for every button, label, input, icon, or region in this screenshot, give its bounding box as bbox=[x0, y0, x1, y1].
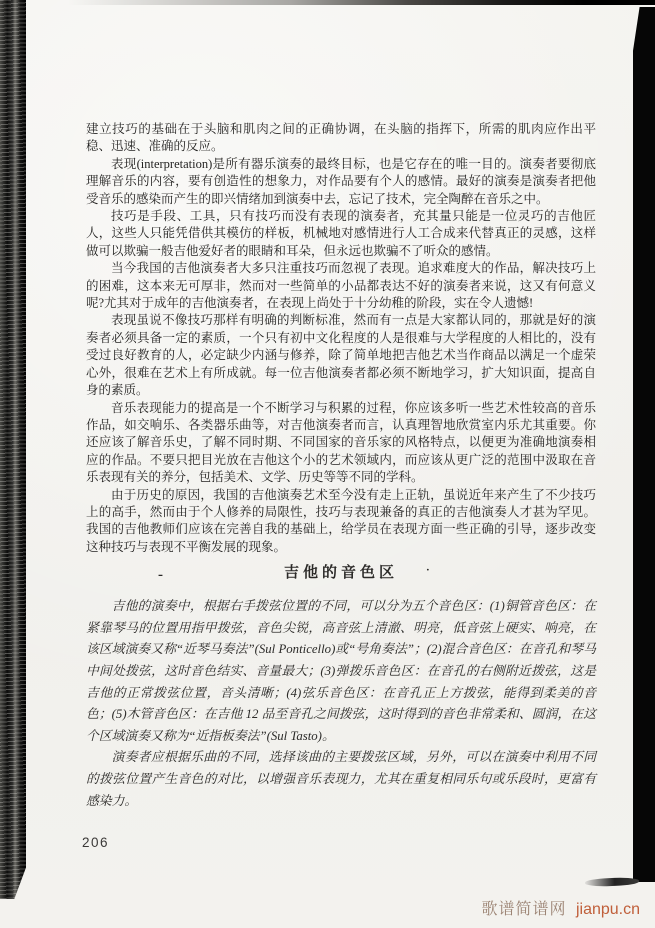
section-title: 吉他的音色区 bbox=[284, 565, 398, 581]
paragraph: 音乐表现能力的提高是一个不断学习与积累的过程，你应该多听一些艺术性较高的音乐作品… bbox=[86, 400, 596, 487]
section-heading-row: - 吉他的音色区 · bbox=[86, 565, 596, 589]
heading-right-mark: · bbox=[426, 562, 430, 579]
paragraph: 当今我国的吉他演奏者大多只注重技巧而忽视了表现。追求难度大的作品，解决技巧上的困… bbox=[86, 260, 596, 312]
book-binding-edge bbox=[0, 0, 26, 899]
watermark-site-url: jianpu.cn bbox=[576, 901, 640, 918]
watermark: 歌谱简谱网 jianpu.cn bbox=[481, 896, 640, 919]
page-number: 206 bbox=[82, 835, 109, 850]
scan-smudge bbox=[585, 877, 639, 887]
paragraph: 表现(interpretation)是所有器乐演奏的最终目标，也是它存在的唯一目… bbox=[86, 156, 596, 208]
heading-left-mark: - bbox=[158, 567, 163, 584]
paragraph: 吉他的演奏中，根据右手拨弦位置的不同，可以分为五个音色区：(1)铜管音色区：在紧… bbox=[86, 596, 596, 747]
paragraph: 表现虽说不像技巧那样有明确的判断标准，然而有一点是大家都认同的，那就是好的演奏者… bbox=[86, 312, 596, 399]
paragraph: 由于历史的原因，我国的吉他演奏艺术至今没有走上正轨，虽说近年来产生了不少技巧上的… bbox=[86, 487, 596, 557]
paragraph: 演奏者应根据乐曲的不同，选择该曲的主要拨弦区域，另外，可以在演奏中利用不同的拨弦… bbox=[86, 747, 596, 812]
scan-void-right bbox=[633, 7, 655, 882]
paragraph: 技巧是手段、工具，只有技巧而没有表现的演奏者，充其量只能是一位灵巧的吉他匠人，这… bbox=[86, 208, 596, 260]
scan-edge-top bbox=[68, 0, 655, 5]
scanned-book-page: 建立技巧的基础在于头脑和肌肉之间的正确协调，在头脑的指挥下，所需的肌肉应作出平稳… bbox=[0, 0, 655, 928]
watermark-site-name: 歌谱简谱网 bbox=[481, 901, 566, 918]
page-body-text: 建立技巧的基础在于头脑和肌肉之间的正确协调，在头脑的指挥下，所需的肌肉应作出平稳… bbox=[86, 121, 596, 812]
paragraph: 建立技巧的基础在于头脑和肌肉之间的正确协调，在头脑的指挥下，所需的肌肉应作出平稳… bbox=[86, 121, 596, 156]
